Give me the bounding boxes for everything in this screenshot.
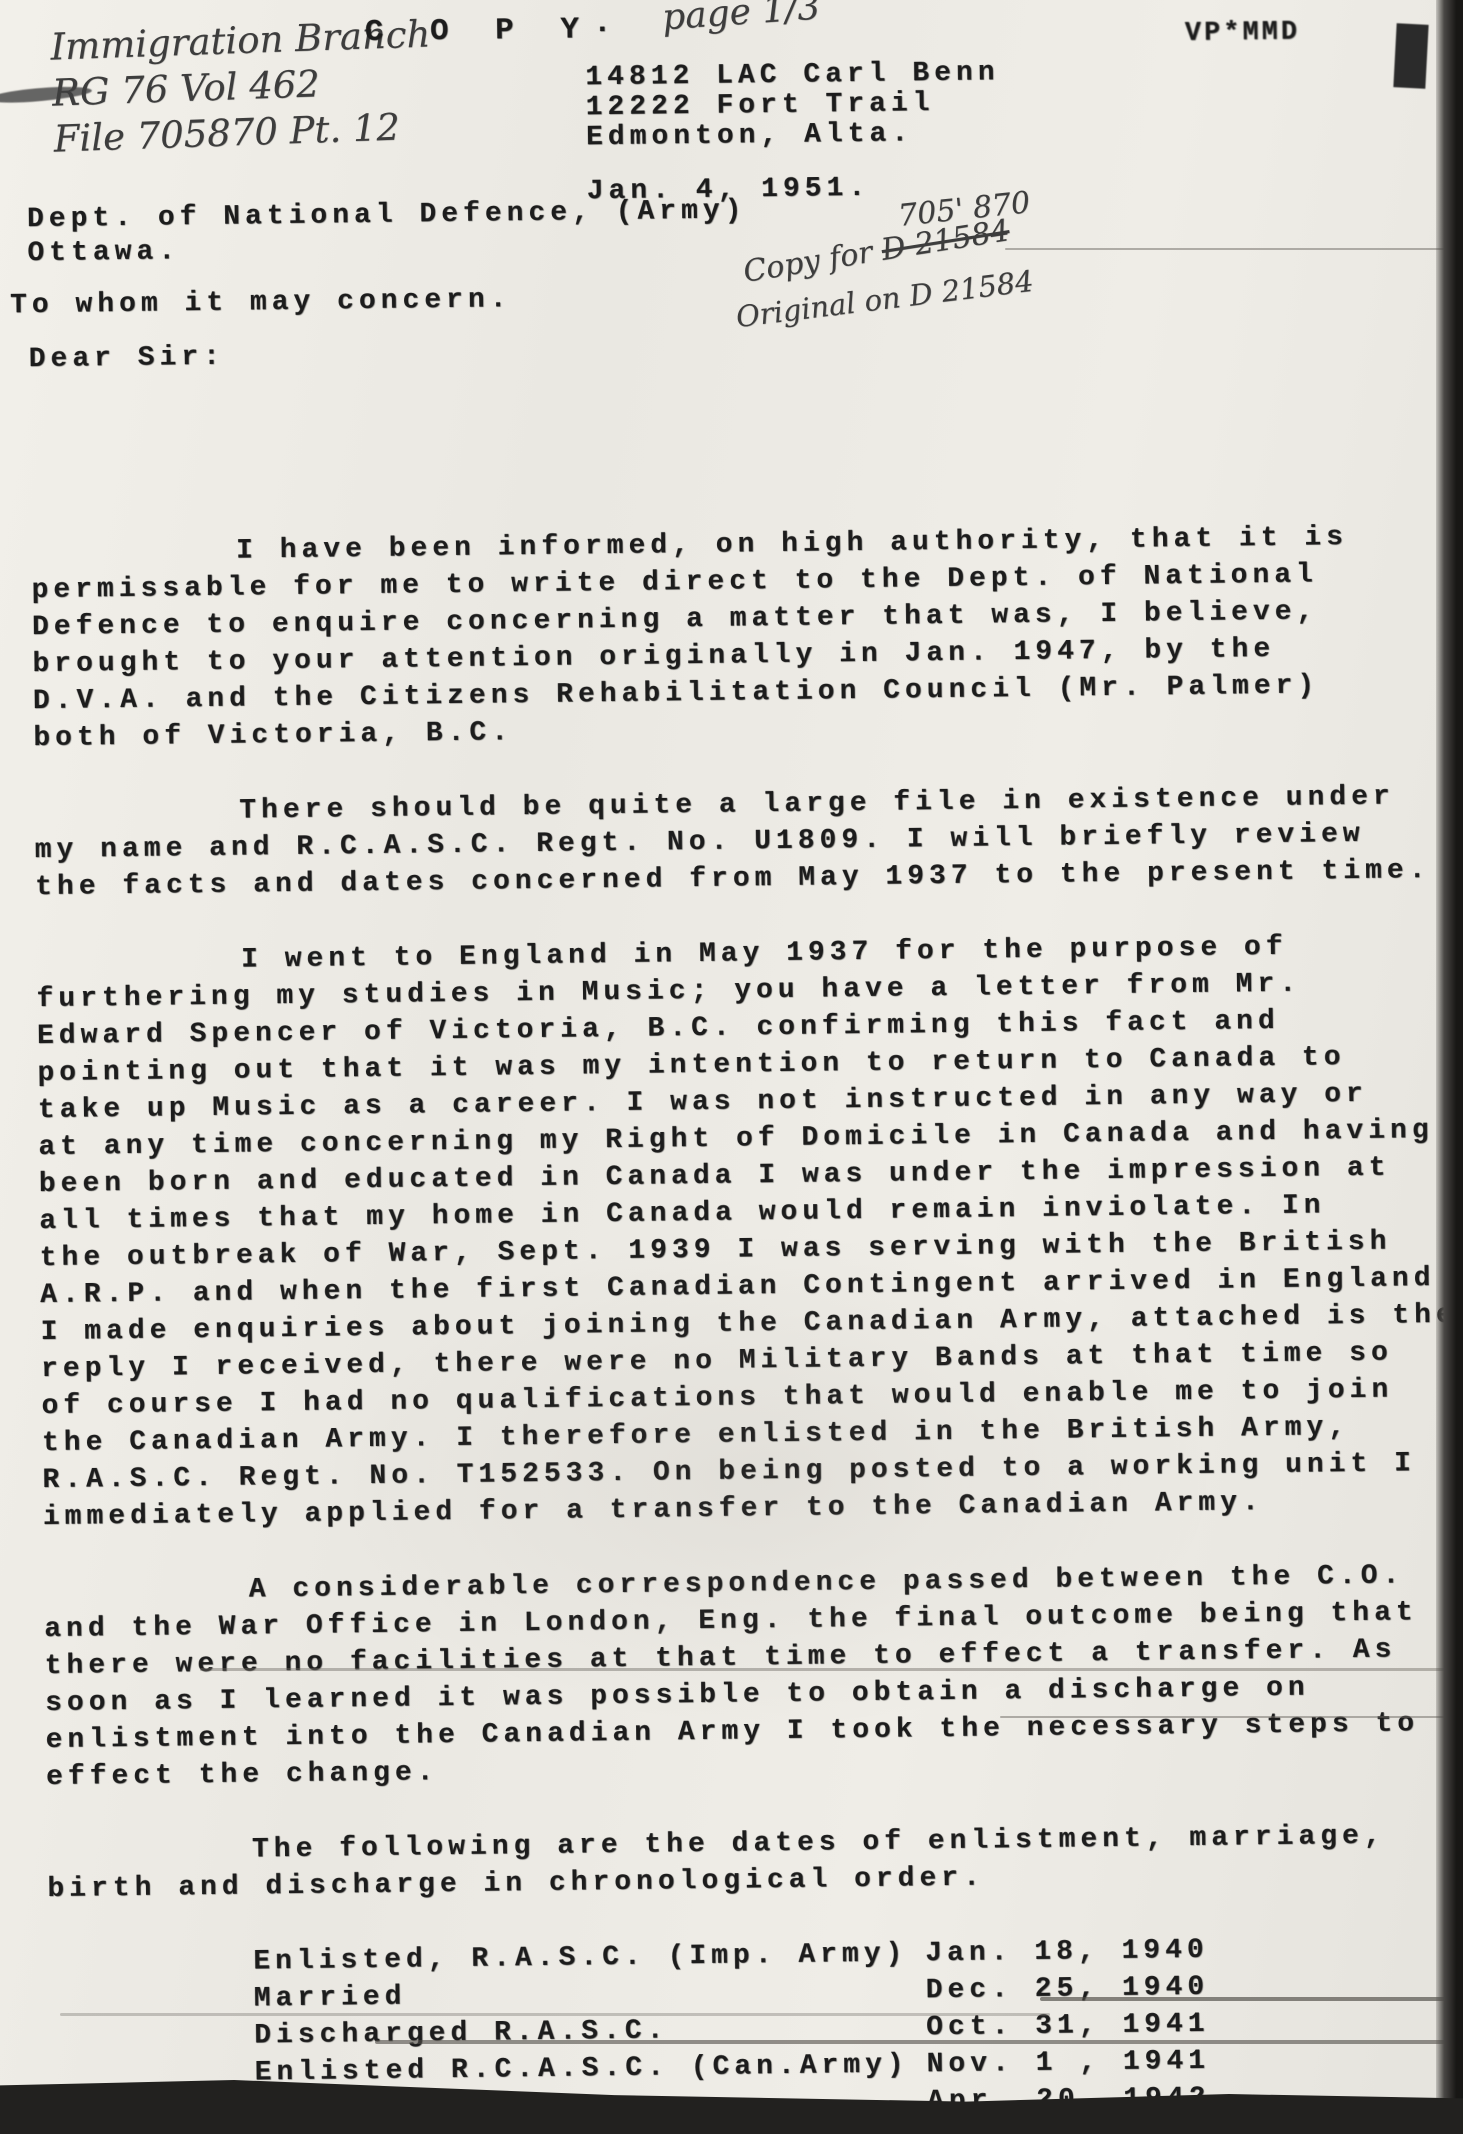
- typed-letter: C O P Y· VP*MMD 14812 LAC Carl Benn 1222…: [0, 0, 1463, 2134]
- letter-paragraph-5: The following are the dates of enlistmen…: [47, 1817, 1463, 1908]
- letter-paragraph-2: There should be quite a large file in ex…: [34, 778, 1453, 906]
- sender-address: 14812 LAC Carl Benn 12222 Fort Trail Edm…: [585, 58, 1000, 153]
- attention-line: To whom it may concern.: [10, 281, 512, 324]
- scan-streak: [375, 2040, 1460, 2044]
- scan-corner-mark: [1393, 23, 1428, 89]
- scan-smudge: [320, 1230, 1220, 1730]
- salutation: Dear Sir:: [29, 339, 226, 378]
- scanned-letter-page: Immigration Branch RG 76 Vol 462 File 70…: [0, 0, 1463, 2134]
- chronology-date: Jan. 18, 1940: [925, 1932, 1209, 1972]
- scan-edge-right: [1436, 0, 1463, 2134]
- typist-code: VP*MMD: [1185, 15, 1301, 53]
- scan-streak: [1040, 1997, 1460, 2001]
- scan-streak: [60, 2013, 1050, 2016]
- chronology-date: Dec. 25, 1940: [925, 1969, 1209, 2009]
- scan-streak: [1000, 1716, 1455, 1718]
- letter-paragraph-1: I have been informed, on high authority,…: [31, 518, 1452, 757]
- scan-streak: [200, 1668, 1455, 1671]
- scan-streak: [1005, 248, 1445, 250]
- chronology-date: Nov. 1 , 1941: [926, 2043, 1210, 2083]
- recipient-address: Dept. of National Defence, (Army) Ottawa…: [27, 194, 747, 271]
- copy-stamp: C O P Y·: [365, 11, 626, 51]
